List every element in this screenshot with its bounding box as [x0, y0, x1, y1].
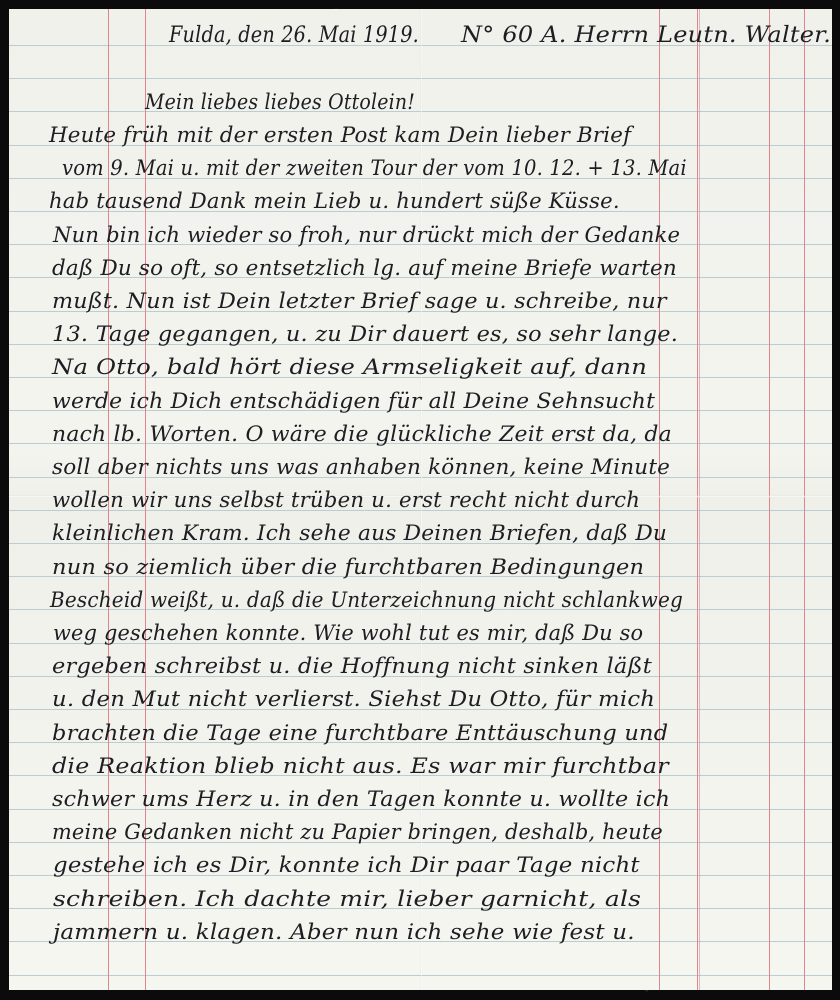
letter-line: gestehe ich es Dir, konnte ich Dir paar … — [53, 853, 640, 877]
letter-line: kleinlichen Kram. Ich sehe aus Deinen Br… — [52, 521, 667, 545]
letter-reference: N° 60 A. Herrn Leutn. Walter. — [461, 23, 831, 48]
letter-line: mußt. Nun ist Dein letzter Brief sage u.… — [52, 289, 667, 313]
letter-place-date: Fulda, den 26. Mai 1919. — [169, 23, 419, 48]
letter-salutation: Mein liebes liebes Ottolein! — [145, 90, 415, 114]
letter-line: daß Du so oft, so entsetzlich lg. auf me… — [52, 256, 677, 280]
letter-line: weg geschehen konnte. Wie wohl tut es mi… — [53, 621, 643, 645]
letter-line: Bescheid weißt, u. daß die Unterzeichnun… — [50, 588, 683, 612]
letter-sheet: Fulda, den 26. Mai 1919. N° 60 A. Herrn … — [9, 9, 832, 990]
letter-line: Heute früh mit der ersten Post kam Dein … — [49, 123, 631, 147]
letter-line: wollen wir uns selbst trüben u. erst rec… — [52, 488, 640, 512]
letter-line: Nun bin ich wieder so froh, nur drückt m… — [53, 223, 680, 247]
letter-line: brachten die Tage eine furchtbare Enttäu… — [52, 721, 668, 745]
letter-line: 13. Tage gegangen, u. zu Dir dauert es, … — [52, 322, 678, 346]
letter-line: nun so ziemlich über die furchtbaren Bed… — [52, 555, 644, 579]
letter-line: werde ich Dich entschädigen für all Dein… — [52, 389, 655, 413]
letter-line: hab tausend Dank mein Lieb u. hundert sü… — [49, 189, 620, 213]
right-margin-line-3 — [769, 9, 770, 990]
letter-line: schwer ums Herz u. in den Tagen konnte u… — [52, 787, 670, 811]
letter-line: meine Gedanken nicht zu Papier bringen, … — [52, 820, 663, 844]
letter-line: nach lb. Worten. O wäre die glückliche Z… — [52, 422, 672, 446]
letter-line: vom 9. Mai u. mit der zweiten Tour der v… — [62, 156, 687, 180]
letter-line: schreiben. Ich dachte mir, lieber garnic… — [53, 887, 641, 911]
letter-line: soll aber nichts uns was anhaben können,… — [52, 455, 670, 479]
letter-line: u. den Mut nicht verlierst. Siehst Du Ot… — [52, 687, 655, 711]
right-margin-line-4 — [804, 9, 805, 990]
letter-line: die Reaktion blieb nicht aus. Es war mir… — [52, 754, 669, 778]
right-margin-line-2 — [697, 9, 698, 990]
letter-line: jammern u. klagen. Aber nun ich sehe wie… — [53, 920, 635, 944]
right-margin-line-2b — [699, 9, 700, 990]
letter-line: ergeben schreibst u. die Hoffnung nicht … — [52, 654, 652, 678]
letter-line: Na Otto, bald hört diese Armseligkeit au… — [52, 355, 647, 379]
